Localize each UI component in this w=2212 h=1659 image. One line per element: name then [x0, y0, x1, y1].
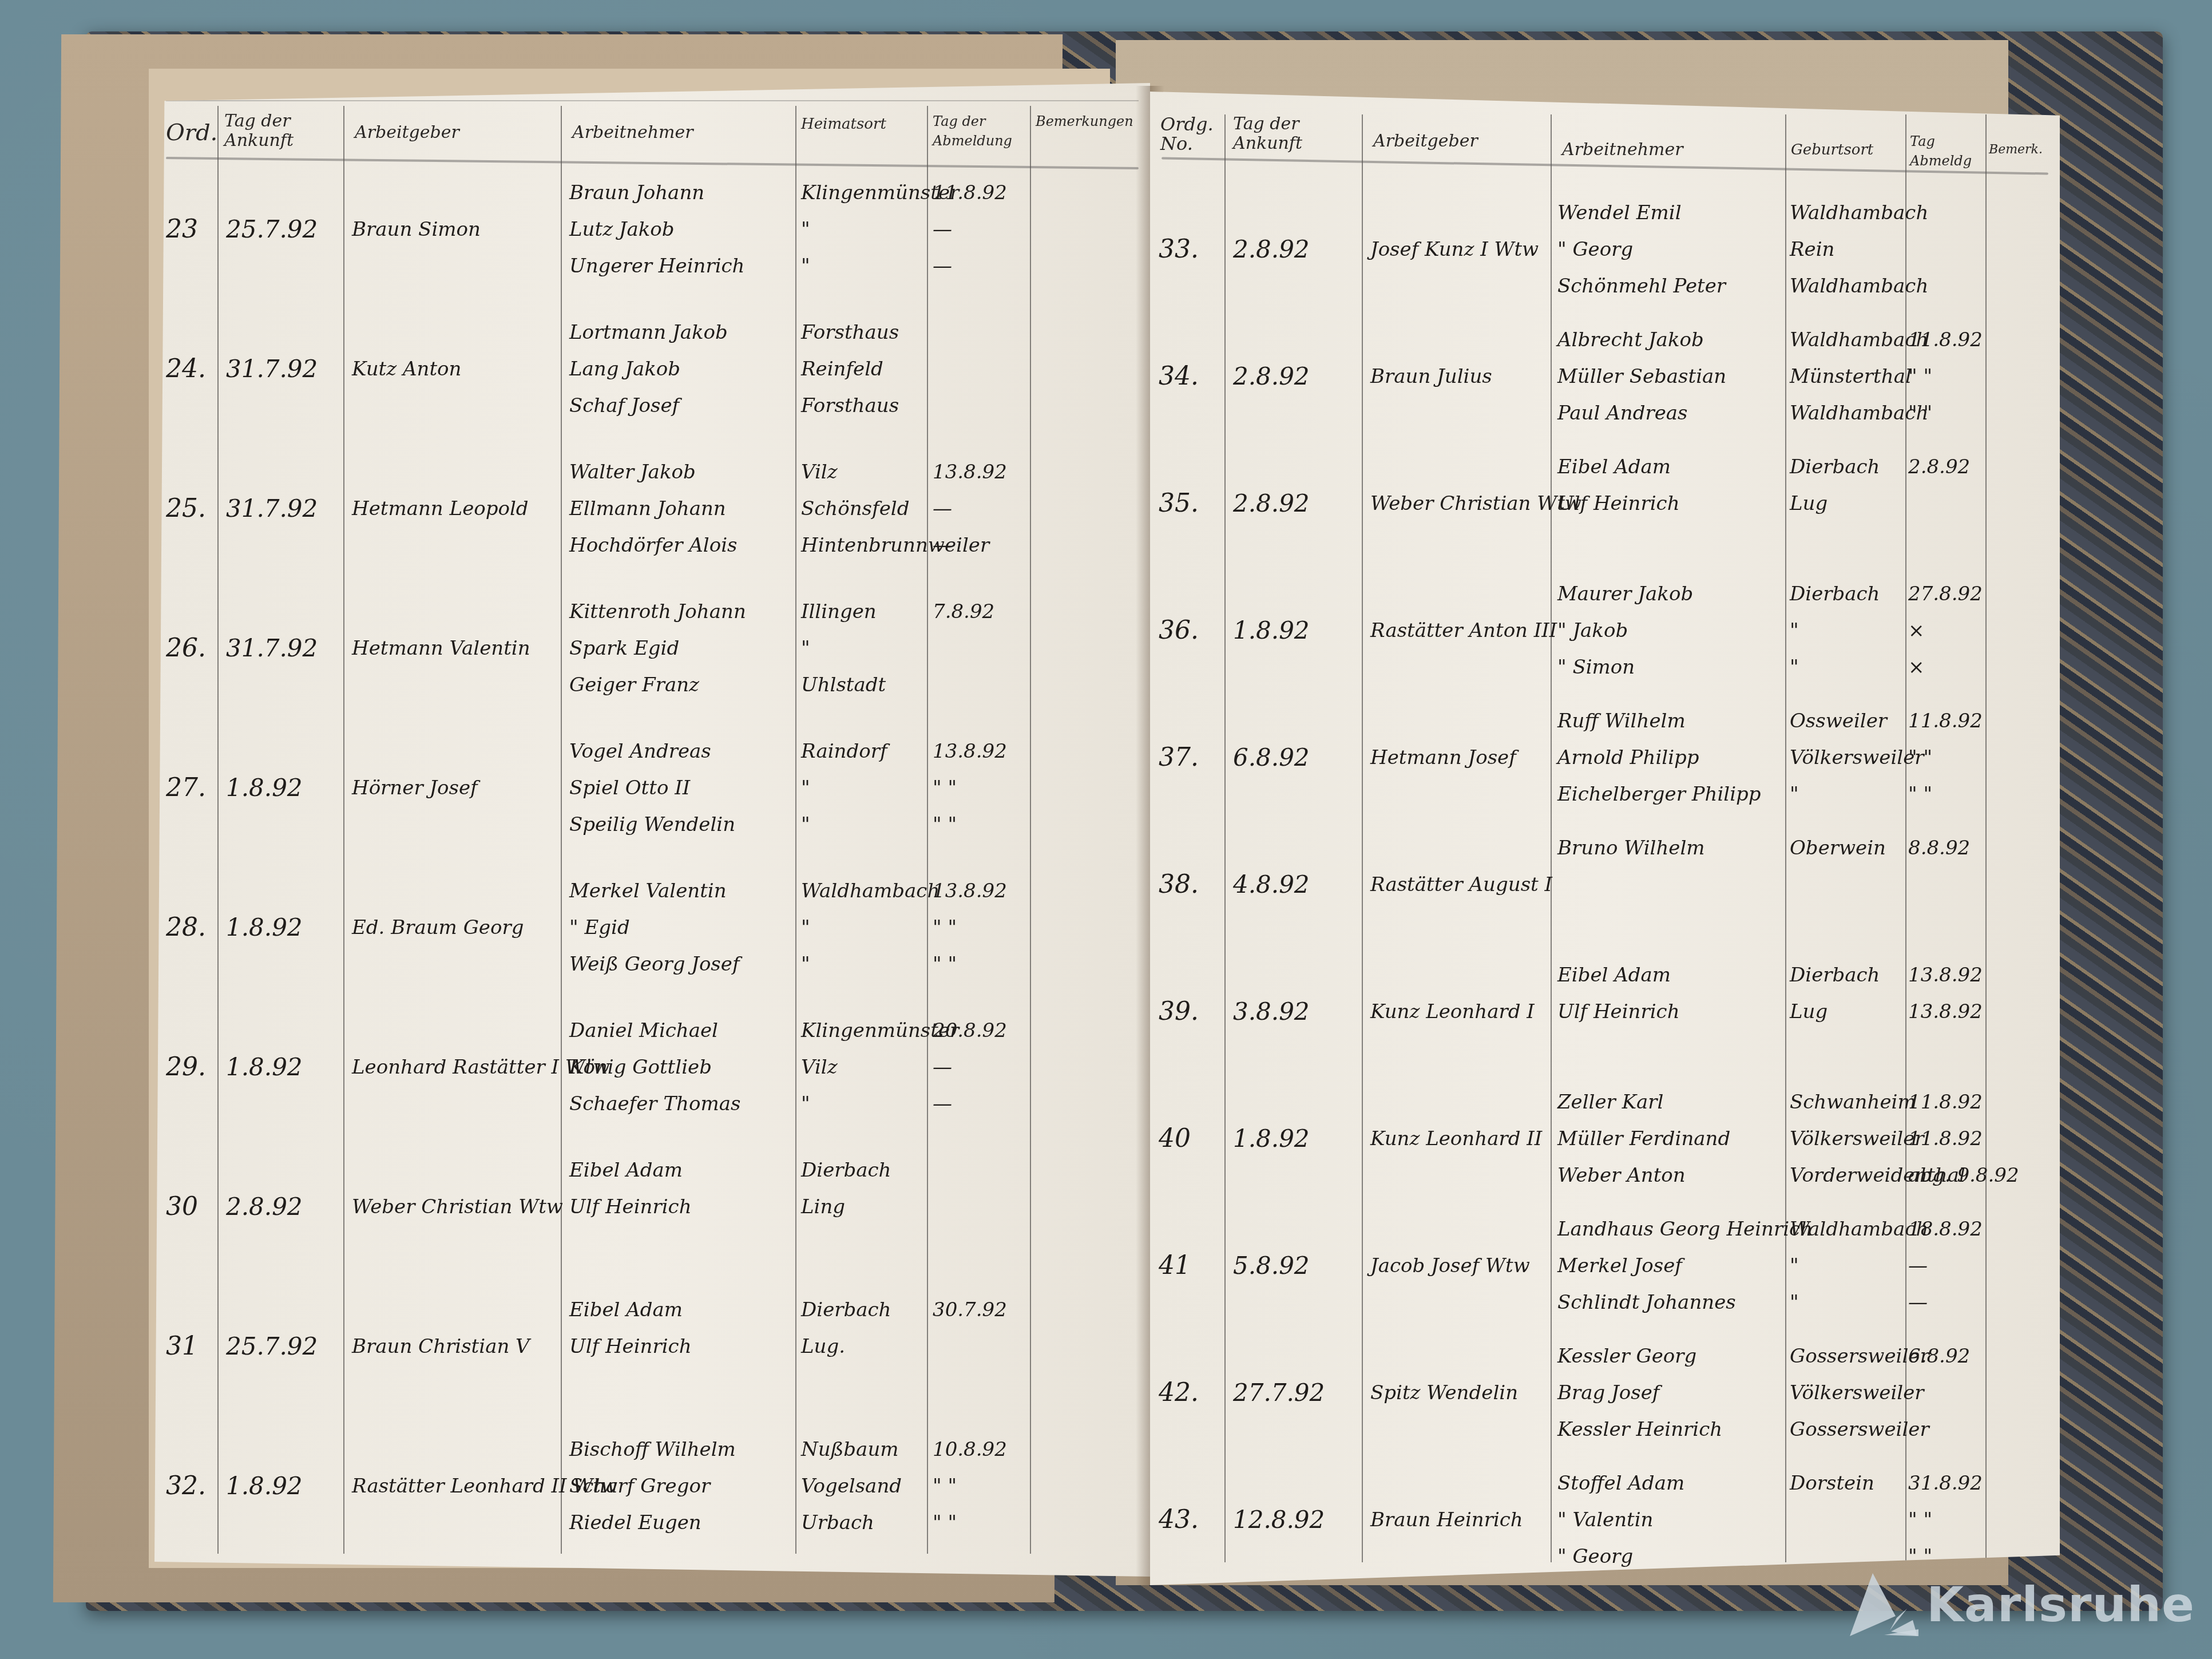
employer-name: Hörner Josef: [352, 770, 478, 806]
departure-date: 11.8.92: [1908, 322, 1983, 358]
arrival-date: 4.8.92: [1233, 866, 1310, 903]
departure-date: 11.8.92: [1908, 703, 1983, 739]
header-worker: Arbeitnehmer: [1562, 140, 1683, 160]
hometown: Illingen: [801, 593, 886, 630]
employer-name: Kunz Leonhard I: [1370, 993, 1535, 1030]
employer-name: Jacob Josef Wtw: [1370, 1248, 1530, 1284]
ledger-page-left: Ord. Tag der Ankunft Arbeitgeber Arbeitn…: [154, 83, 1150, 1577]
hometown: Uhlstadt: [801, 667, 886, 703]
entry-number: 36.: [1159, 612, 1199, 649]
worker-name: Eibel Adam: [569, 1152, 692, 1189]
worker-name-list: Braun JohannLutz JakobUngerer Heinrich: [569, 175, 744, 284]
worker-name-list: Stoffel Adam" Valentin" Georg: [1557, 1465, 1684, 1575]
worker-name: Scharf Gregor: [569, 1468, 736, 1504]
hometown: Forsthaus: [801, 387, 899, 424]
hometown: Lug: [1790, 993, 1880, 1030]
entry-number: 35.: [1159, 485, 1199, 522]
fan-triangle-logo-icon: [1850, 1573, 1918, 1636]
departure-date: 13.8.92: [1908, 957, 1983, 993]
worker-name: Wendel Emil: [1557, 195, 1726, 231]
departure-date: 2.8.92: [1908, 449, 1970, 485]
worker-name: Hochdörfer Alois: [569, 527, 738, 564]
hometown: Waldhambach: [801, 873, 939, 909]
arrival-date: 1.8.92: [226, 1049, 303, 1086]
departure-date: —: [933, 248, 1007, 284]
worker-name: Geiger Franz: [569, 667, 746, 703]
hometown: Forsthaus: [801, 314, 899, 351]
column-divider: [1985, 114, 1987, 1562]
departure-date: 30.7.92: [933, 1292, 1007, 1328]
worker-name: Zeller Karl: [1557, 1084, 1730, 1120]
arrival-date: 1.8.92: [226, 770, 303, 806]
departure-date: " ": [933, 946, 1007, 983]
worker-name: Merkel Josef: [1557, 1248, 1813, 1284]
departure-date: " ": [933, 1468, 1007, 1504]
departure-date-list: 13.8.9213.8.92: [1908, 957, 1983, 1030]
worker-name: Maurer Jakob: [1557, 576, 1693, 612]
column-divider: [1785, 114, 1786, 1562]
worker-name: " Georg: [1557, 231, 1726, 268]
header-ord: Ord.: [166, 123, 217, 142]
departure-date-list: 13.8.92" "" ": [933, 873, 1007, 983]
worker-name-list: Eibel AdamUlf Heinrich: [569, 1152, 692, 1225]
employer-name: Hetmann Josef: [1370, 739, 1516, 776]
hometown: ": [1790, 776, 1924, 813]
employer-name: Hetmann Leopold: [352, 490, 529, 527]
departure-date: —: [933, 1086, 1007, 1122]
hometown: Münsterthal: [1790, 358, 1928, 395]
worker-name: Stoffel Adam: [1557, 1465, 1684, 1502]
hometown-list: Dorstein: [1790, 1465, 1874, 1502]
worker-name: Spark Egid: [569, 630, 746, 667]
hometown: ": [1790, 1284, 1928, 1321]
employer-name: Braun Simon: [352, 211, 481, 248]
worker-name-list: Vogel AndreasSpiel Otto IISpeilig Wendel…: [569, 733, 735, 843]
worker-name-list: Landhaus Georg HeinrichMerkel JosefSchli…: [1557, 1211, 1813, 1321]
departure-date: " ": [1908, 1502, 1983, 1538]
watermark-label: Karlsruhe: [1926, 1577, 2195, 1633]
departure-date: —: [1908, 1248, 1983, 1284]
hometown: Dierbach: [801, 1292, 891, 1328]
worker-name: Ulf Heinrich: [569, 1189, 692, 1225]
departure-date-list: 10.8.92" "" ": [933, 1431, 1007, 1541]
header-remarks: Bemerkungen: [1036, 112, 1139, 131]
worker-name: Braun Johann: [569, 175, 744, 211]
hometown: Urbach: [801, 1504, 902, 1541]
worker-name: Lang Jakob: [569, 351, 728, 387]
employer-name: Weber Christian Wtw: [352, 1189, 563, 1225]
worker-name: Merkel Valentin: [569, 873, 740, 909]
hometown: Waldhambach: [1790, 268, 1928, 304]
worker-name-list: Eibel AdamUlf Heinrich: [569, 1292, 692, 1365]
hometown: Dierbach: [1790, 449, 1880, 485]
column-divider: [1030, 106, 1031, 1554]
worker-name: Vogel Andreas: [569, 733, 735, 770]
worker-name-list: Albrecht JakobMüller SebastianPaul Andre…: [1557, 322, 1726, 431]
header-employer: Arbeitgeber: [1373, 132, 1478, 151]
departure-date-list: 27.8.92××: [1908, 576, 1983, 686]
worker-name-list: Daniel MichaelKönig GottliebSchaefer Tho…: [569, 1012, 740, 1122]
departure-date-list: 11.8.92" "" ": [1908, 322, 1983, 431]
hometown-list: Oberwein: [1790, 830, 1886, 866]
hometown: Waldhambach: [1790, 322, 1928, 358]
worker-name-list: Ruff WilhelmArnold PhilippEichelberger P…: [1557, 703, 1761, 813]
departure-date-list: 20.8.92——: [933, 1012, 1007, 1122]
worker-name: Ulf Heinrich: [569, 1328, 692, 1365]
worker-name: Ellmann Johann: [569, 490, 738, 527]
hometown: Vogelsand: [801, 1468, 902, 1504]
hometown-list: OssweilerVölkersweiler": [1790, 703, 1924, 813]
arrival-date: 31.7.92: [226, 630, 318, 667]
worker-name: Arnold Philipp: [1557, 739, 1761, 776]
top-rule: [166, 100, 1139, 101]
column-divider: [1224, 114, 1226, 1562]
worker-name: Ungerer Heinrich: [569, 248, 744, 284]
worker-name: Eibel Adam: [1557, 957, 1680, 993]
hometown: Dierbach: [801, 1152, 891, 1189]
worker-name: Müller Ferdinand: [1557, 1120, 1730, 1157]
worker-name: Spiel Otto II: [569, 770, 735, 806]
departure-date-list: 8.8.92: [1908, 830, 1970, 866]
column-divider: [1551, 114, 1552, 1562]
departure-date: 20.8.92: [933, 1012, 1007, 1049]
worker-name: Schlindt Johannes: [1557, 1284, 1813, 1321]
worker-name-list: Lortmann JakobLang JakobSchaf Josef: [569, 314, 728, 424]
entry-number: 24.: [166, 351, 206, 387]
departure-date-list: 13.8.92" "" ": [933, 733, 1007, 843]
departure-date: —: [933, 490, 1007, 527]
hometown: Reinfeld: [801, 351, 899, 387]
hometown: ": [1790, 649, 1880, 686]
entry-number: 28.: [166, 909, 206, 946]
employer-name: Josef Kunz I Wtw: [1370, 231, 1539, 268]
departure-date: abg. 9.8.92: [1908, 1157, 2019, 1194]
worker-name-list: Kessler GeorgBrag JosefKessler Heinrich: [1557, 1338, 1722, 1448]
worker-name: Speilig Wendelin: [569, 806, 735, 843]
departure-date-list: 11.8.92" "" ": [1908, 703, 1983, 813]
header-departure: Tag der Abmeldung: [933, 112, 1027, 151]
header-departure: Tag Abmeldg: [1910, 132, 1984, 171]
entry-number: 42.: [1159, 1375, 1199, 1411]
karlsruhe-watermark: Karlsruhe: [1850, 1573, 2195, 1636]
ledger-page-right: Ordg. No. Tag der Ankunft Arbeitgeber Ar…: [1150, 92, 2060, 1585]
departure-date: ×: [1908, 612, 1983, 649]
column-divider: [927, 106, 928, 1554]
entry-number: 30: [166, 1189, 198, 1225]
worker-name: Ulf Heinrich: [1557, 993, 1680, 1030]
hometown-list: WaldhambachMünsterthalWaldhambach: [1790, 322, 1928, 431]
entry-number: 23: [166, 211, 198, 248]
ledger-grid-right: Ordg. No. Tag der Ankunft Arbeitgeber Ar…: [1150, 92, 2060, 1585]
arrival-date: 2.8.92: [1233, 358, 1310, 395]
departure-date: 13.8.92: [933, 733, 1007, 770]
hometown: ": [801, 806, 887, 843]
worker-name-list: Kittenroth JohannSpark EgidGeiger Franz: [569, 593, 746, 703]
worker-name: Schaefer Thomas: [569, 1086, 740, 1122]
arrival-date: 25.7.92: [226, 211, 318, 248]
worker-name: " Jakob: [1557, 612, 1693, 649]
entry-number: 39.: [1159, 993, 1199, 1030]
column-divider: [217, 106, 219, 1554]
departure-date: " ": [1908, 739, 1983, 776]
departure-date: —: [933, 211, 1007, 248]
hometown-list: Raindorf"": [801, 733, 887, 843]
departure-date: 7.8.92: [933, 593, 994, 630]
arrival-date: 1.8.92: [226, 1468, 303, 1504]
worker-name-list: Bischoff WilhelmScharf GregorRiedel Euge…: [569, 1431, 736, 1541]
entry-number: 27.: [166, 770, 206, 806]
worker-name: " Simon: [1557, 649, 1693, 686]
worker-name: Kessler Heinrich: [1557, 1411, 1722, 1448]
hometown-list: DierbachLug.: [801, 1292, 891, 1365]
entry-number: 41: [1159, 1248, 1191, 1284]
header-rule: [166, 157, 1139, 169]
employer-name: Ed. Braum Georg: [352, 909, 524, 946]
header-arrival: Tag der Ankunft: [1233, 114, 1356, 153]
departure-date-list: 30.7.92: [933, 1292, 1007, 1328]
hometown-list: DierbachLug: [1790, 449, 1880, 522]
departure-date: " ": [1908, 395, 1983, 431]
hometown-list: WaldhambachReinWaldhambach: [1790, 195, 1928, 304]
departure-date: " ": [1908, 776, 1983, 813]
entry-number: 25.: [166, 490, 206, 527]
hometown-list: Illingen"Uhlstadt: [801, 593, 886, 703]
worker-name: Brag Josef: [1557, 1375, 1722, 1411]
hometown: ": [801, 630, 886, 667]
hometown-list: Waldhambach"": [1790, 1211, 1928, 1321]
worker-name: Kessler Georg: [1557, 1338, 1722, 1375]
departure-date: " ": [933, 770, 1007, 806]
arrival-date: 2.8.92: [1233, 485, 1310, 522]
worker-name-list: Bruno Wilhelm: [1557, 830, 1705, 866]
entry-number: 38.: [1159, 866, 1199, 903]
hometown: ": [801, 770, 887, 806]
departure-date-list: 6.8.92: [1908, 1338, 1970, 1375]
header-worker: Arbeitnehmer: [572, 123, 693, 142]
hometown: Dierbach: [1790, 576, 1880, 612]
worker-name-list: Eibel AdamUlf Heinrich: [1557, 957, 1680, 1030]
hometown: Waldhambach: [1790, 195, 1928, 231]
arrival-date: 27.7.92: [1233, 1375, 1325, 1411]
worker-name: Kittenroth Johann: [569, 593, 746, 630]
column-divider: [1362, 114, 1363, 1562]
worker-name: Schaf Josef: [569, 387, 728, 424]
entry-number: 31: [166, 1328, 198, 1365]
departure-date: 8.8.92: [1908, 830, 1970, 866]
departure-date: " ": [933, 909, 1007, 946]
departure-date-list: 2.8.92: [1908, 449, 1970, 485]
arrival-date: 25.7.92: [226, 1328, 318, 1365]
departure-date: ×: [1908, 649, 1983, 686]
worker-name-list: Maurer Jakob" Jakob" Simon: [1557, 576, 1693, 686]
entry-number: 33.: [1159, 231, 1199, 268]
hometown: Raindorf: [801, 733, 887, 770]
worker-name: Riedel Eugen: [569, 1504, 736, 1541]
employer-name: Kutz Anton: [352, 351, 461, 387]
header-birthplace: Geburtsort: [1791, 140, 1873, 160]
employer-name: Weber Christian Wtw: [1370, 485, 1581, 522]
departure-date: " ": [1908, 358, 1983, 395]
hometown: Gossersweiler: [1790, 1411, 1929, 1448]
employer-name: Rastätter August I: [1370, 866, 1552, 903]
header-employer: Arbeitgeber: [355, 123, 459, 142]
hometown-list: DierbachLug: [1790, 957, 1880, 1030]
worker-name-list: Wendel Emil" GeorgSchönmehl Peter: [1557, 195, 1726, 304]
entry-number: 43.: [1159, 1502, 1199, 1538]
departure-date: 13.8.92: [933, 454, 1007, 490]
worker-name: Weber Anton: [1557, 1157, 1730, 1194]
header-remarks: Bemerk.: [1989, 140, 2052, 160]
departure-date: 31.8.92: [1908, 1465, 1983, 1502]
hometown: Völkersweiler: [1790, 739, 1924, 776]
entry-number: 40: [1159, 1120, 1191, 1157]
hometown: Oberwein: [1790, 830, 1886, 866]
worker-name: Walter Jakob: [569, 454, 738, 490]
hometown-list: DierbachLing: [801, 1152, 891, 1225]
header-hometown: Heimatsort: [801, 114, 921, 134]
worker-name: " Egid: [569, 909, 740, 946]
employer-name: Braun Christian V: [352, 1328, 530, 1365]
departure-date: 18.8.92: [1908, 1211, 1983, 1248]
arrival-date: 2.8.92: [1233, 231, 1310, 268]
departure-date: 27.8.92: [1908, 576, 1983, 612]
worker-name: Weiß Georg Josef: [569, 946, 740, 983]
arrival-date: 2.8.92: [226, 1189, 303, 1225]
worker-name: Lutz Jakob: [569, 211, 744, 248]
hometown: Ossweiler: [1790, 703, 1924, 739]
hometown: Nußbaum: [801, 1431, 902, 1468]
arrival-date: 31.7.92: [226, 351, 318, 387]
worker-name: Bischoff Wilhelm: [569, 1431, 736, 1468]
arrival-date: 12.8.92: [1233, 1502, 1325, 1538]
worker-name: Ruff Wilhelm: [1557, 703, 1761, 739]
hometown-list: Dierbach"": [1790, 576, 1880, 686]
entry-number: 29.: [166, 1049, 206, 1086]
employer-name: Hetmann Valentin: [352, 630, 530, 667]
worker-name: Bruno Wilhelm: [1557, 830, 1705, 866]
departure-date-list: 11.8.92——: [933, 175, 1007, 284]
worker-name: König Gottlieb: [569, 1049, 740, 1086]
header-ord: Ordg. No.: [1160, 114, 1223, 153]
worker-name-list: Eibel AdamUlf Heinrich: [1557, 449, 1680, 522]
hometown: Ling: [801, 1189, 891, 1225]
worker-name: Landhaus Georg Heinrich: [1557, 1211, 1813, 1248]
arrival-date: 6.8.92: [1233, 739, 1310, 776]
departure-date: 11.8.92: [1908, 1120, 2019, 1157]
hometown-list: Waldhambach"": [801, 873, 939, 983]
hometown: Dierbach: [1790, 957, 1880, 993]
employer-name: Braun Julius: [1370, 358, 1492, 395]
hometown: Waldhambach: [1790, 1211, 1928, 1248]
departure-date: 13.8.92: [933, 873, 1007, 909]
hometown-list: NußbaumVogelsandUrbach: [801, 1431, 902, 1541]
entry-number: 32.: [166, 1468, 206, 1504]
column-divider: [561, 106, 562, 1554]
worker-name: Lortmann Jakob: [569, 314, 728, 351]
employer-name: Kunz Leonhard II: [1370, 1120, 1542, 1157]
entry-number: 37.: [1159, 739, 1199, 776]
ledger-grid-left: Ord. Tag der Ankunft Arbeitgeber Arbeitn…: [154, 83, 1150, 1577]
hometown-list: ForsthausReinfeldForsthaus: [801, 314, 899, 424]
departure-date: 6.8.92: [1908, 1338, 1970, 1375]
hometown: ": [801, 909, 939, 946]
departure-date: 10.8.92: [933, 1431, 1007, 1468]
hometown: Rein: [1790, 231, 1928, 268]
worker-name-list: Zeller KarlMüller FerdinandWeber Anton: [1557, 1084, 1730, 1194]
header-arrival: Tag der Ankunft: [224, 112, 339, 151]
worker-name: Daniel Michael: [569, 1012, 740, 1049]
worker-name: Eichelberger Philipp: [1557, 776, 1761, 813]
hometown: Waldhambach: [1790, 395, 1928, 431]
departure-date: 13.8.92: [1908, 993, 1983, 1030]
departure-date: —: [933, 1049, 1007, 1086]
hometown: Dorstein: [1790, 1465, 1874, 1502]
departure-date: 11.8.92: [1908, 1084, 2019, 1120]
hometown: ": [801, 946, 939, 983]
column-divider: [343, 106, 344, 1554]
arrival-date: 1.8.92: [1233, 612, 1310, 649]
hometown: Lug: [1790, 485, 1880, 522]
departure-date-list: 13.8.92——: [933, 454, 1007, 564]
arrival-date: 5.8.92: [1233, 1248, 1310, 1284]
arrival-date: 1.8.92: [1233, 1120, 1310, 1157]
entry-number: 26.: [166, 630, 206, 667]
hometown: ": [1790, 1248, 1928, 1284]
departure-date: —: [933, 527, 1007, 564]
departure-date: 11.8.92: [933, 175, 1007, 211]
worker-name: Albrecht Jakob: [1557, 322, 1726, 358]
hometown: Völkersweiler: [1790, 1375, 1929, 1411]
worker-name-list: Merkel Valentin" EgidWeiß Georg Josef: [569, 873, 740, 983]
entry-number: 34.: [1159, 358, 1199, 395]
departure-date: " ": [933, 806, 1007, 843]
column-divider: [795, 106, 796, 1554]
hometown: Lug.: [801, 1328, 891, 1365]
departure-date: " ": [933, 1504, 1007, 1541]
hometown: ": [1790, 612, 1880, 649]
employer-name: Braun Heinrich: [1370, 1502, 1523, 1538]
departure-date-list: 18.8.92——: [1908, 1211, 1983, 1321]
employer-name: Spitz Wendelin: [1370, 1375, 1518, 1411]
worker-name-list: Walter JakobEllmann JohannHochdörfer Alo…: [569, 454, 738, 564]
worker-name: Ulf Heinrich: [1557, 485, 1680, 522]
arrival-date: 1.8.92: [226, 909, 303, 946]
worker-name: Eibel Adam: [1557, 449, 1680, 485]
arrival-date: 31.7.92: [226, 490, 318, 527]
worker-name: Eibel Adam: [569, 1292, 692, 1328]
departure-date-list: 7.8.92: [933, 593, 994, 630]
departure-date-list: 11.8.9211.8.92abg. 9.8.92: [1908, 1084, 2019, 1194]
worker-name: " Valentin: [1557, 1502, 1684, 1538]
worker-name: Müller Sebastian: [1557, 358, 1726, 395]
departure-date: —: [1908, 1284, 1983, 1321]
worker-name: Paul Andreas: [1557, 395, 1726, 431]
arrival-date: 3.8.92: [1233, 993, 1310, 1030]
employer-name: Rastätter Anton III: [1370, 612, 1557, 649]
worker-name: Schönmehl Peter: [1557, 268, 1726, 304]
